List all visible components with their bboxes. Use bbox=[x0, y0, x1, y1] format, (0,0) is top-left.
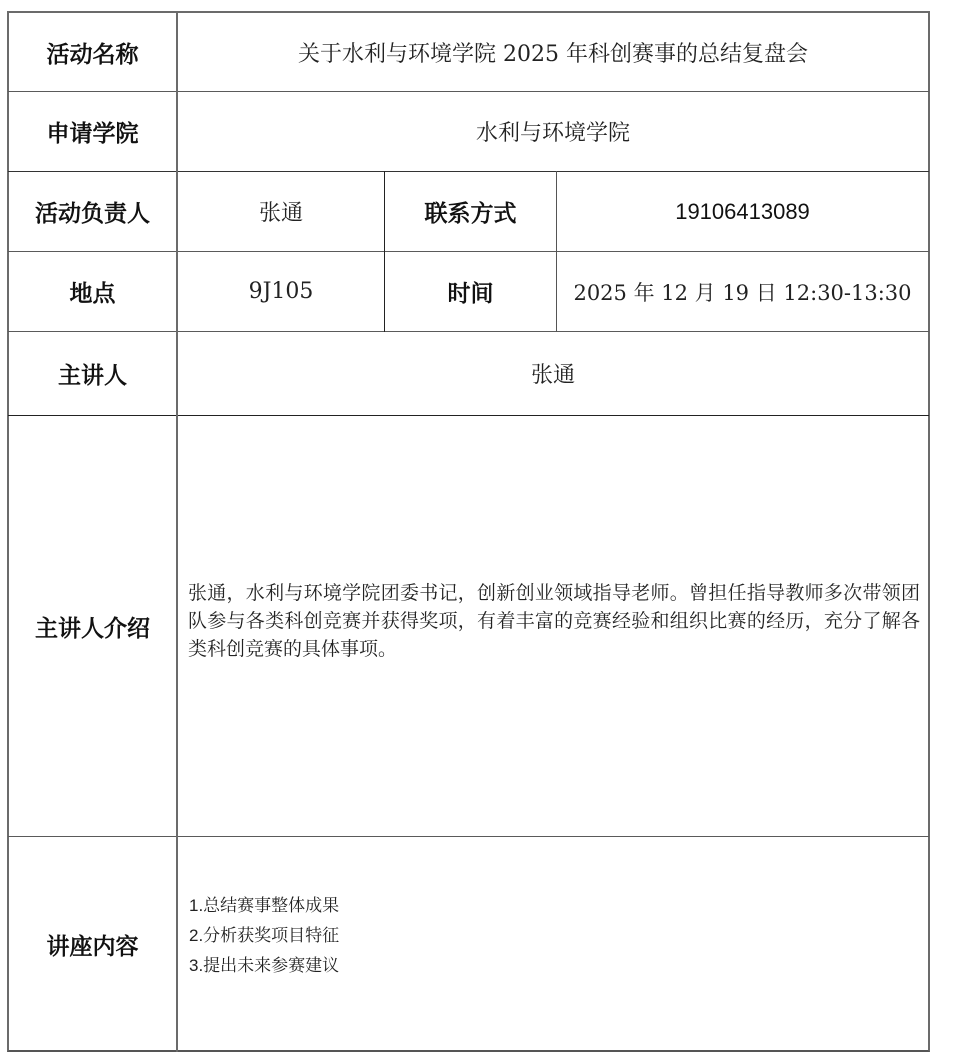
lecture-content-item: 2.分析获奖项目特征 bbox=[189, 921, 339, 951]
college-label: 申请学院 bbox=[9, 92, 176, 171]
contact-label: 联系方式 bbox=[385, 172, 556, 251]
speaker-value: 张通 bbox=[178, 332, 928, 415]
speaker-intro-label: 主讲人介绍 bbox=[9, 416, 176, 836]
lecture-content-item: 3.提出未来参赛建议 bbox=[189, 951, 339, 981]
time-label: 时间 bbox=[385, 252, 556, 331]
organizer-label: 活动负责人 bbox=[9, 172, 176, 251]
organizer-value: 张通 bbox=[178, 172, 384, 251]
activity-name-value: 关于水利与环境学院 2025 年科创赛事的总结复盘会 bbox=[178, 13, 928, 91]
lecture-content-item: 1.总结赛事整体成果 bbox=[189, 891, 339, 921]
speaker-intro-paragraph: 张通，水利与环境学院团委书记，创新创业领域指导老师。曾担任指导教师多次带领团队参… bbox=[188, 579, 920, 663]
location-label: 地点 bbox=[9, 252, 176, 331]
lecture-content-list: 1.总结赛事整体成果 2.分析获奖项目特征 3.提出未来参赛建议 bbox=[178, 837, 928, 1052]
lecture-content-label: 讲座内容 bbox=[9, 837, 176, 1052]
speaker-label: 主讲人 bbox=[9, 332, 176, 415]
time-value: 2025 年 12 月 19 日 12:30-13:30 bbox=[557, 252, 928, 331]
contact-value: 19106413089 bbox=[557, 172, 928, 251]
college-value: 水利与环境学院 bbox=[178, 92, 928, 171]
activity-name-label: 活动名称 bbox=[9, 13, 176, 91]
speaker-intro-text: 张通，水利与环境学院团委书记，创新创业领域指导老师。曾担任指导教师多次带领团队参… bbox=[178, 416, 928, 836]
location-value: 9J105 bbox=[178, 252, 384, 331]
